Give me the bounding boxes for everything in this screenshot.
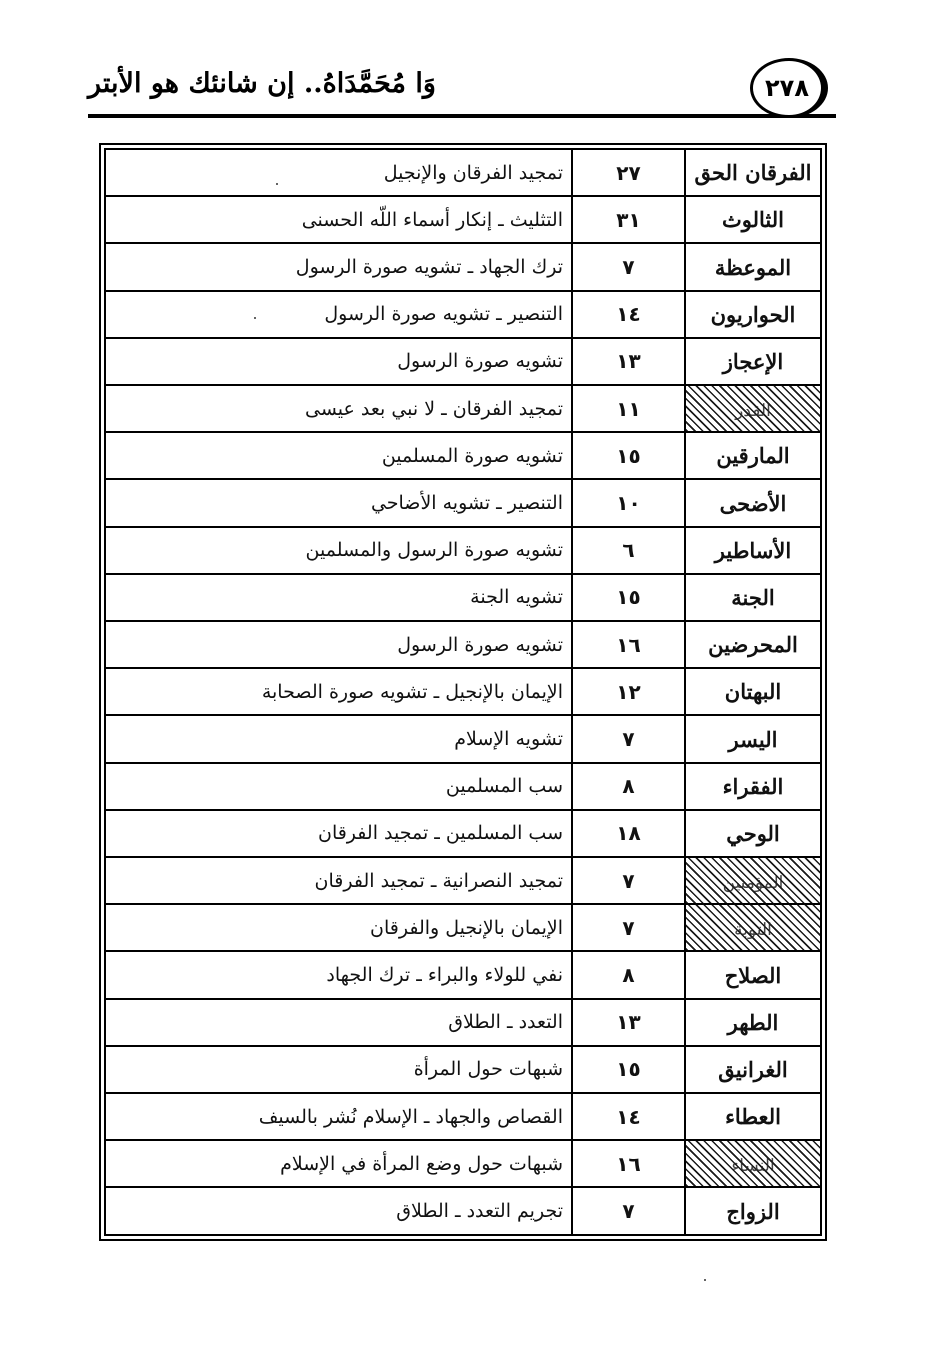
table-row: الإعجاز١٣تشويه صورة الرسول <box>105 338 821 385</box>
table-body: الفرقان الحق٢٧تمجيد الفرقان والإنجيلالثا… <box>105 149 821 1235</box>
verse-count-cell: ٧ <box>572 715 685 762</box>
title-text: اليسر <box>729 727 778 752</box>
verse-count-cell: ١٥ <box>572 432 685 479</box>
table-row: البهتان١٢الإيمان بالإنجيل ـ تشويه صورة ا… <box>105 668 821 715</box>
title-cell: الحواريون <box>685 291 821 338</box>
verse-count-cell: ٧ <box>572 1187 685 1235</box>
topics-cell: تشويه صورة الرسول <box>105 621 572 668</box>
table-row: الأضحى١٠التنصير ـ تشويه الأضاحي <box>105 479 821 526</box>
titles-table: الفرقان الحق٢٧تمجيد الفرقان والإنجيلالثا… <box>104 148 822 1236</box>
title-text: الزواج <box>726 1199 779 1224</box>
topics-cell: تشويه الجنة <box>105 574 572 621</box>
hatched-title-cell: القدر <box>685 385 821 432</box>
title-cell: المحرضين <box>685 621 821 668</box>
page-number-badge: ٢٧٨ <box>750 58 828 118</box>
title-cell: الفرقان الحق <box>685 149 821 196</box>
topics-cell: سب المسلمين ـ تمجيد الفرقان <box>105 810 572 857</box>
verse-count-cell: ٢٧ <box>572 149 685 196</box>
title-cell: الأساطير <box>685 527 821 574</box>
title-text: الغرانيق <box>718 1057 787 1082</box>
table-row: القدر١١تمجيد الفرقان ـ لا نبي بعد عيسى <box>105 385 821 432</box>
title-text: النساء <box>731 1156 774 1176</box>
topics-cell: تشويه صورة الرسول والمسلمين <box>105 527 572 574</box>
hatched-title-cell: النساء <box>685 1140 821 1187</box>
title-text: الجنة <box>731 585 774 610</box>
table-row: الموعظة٧ترك الجهاد ـ تشويه صورة الرسول <box>105 243 821 290</box>
verse-count-cell: ١٦ <box>572 1140 685 1187</box>
scan-speck <box>704 1279 706 1281</box>
verse-count-cell: ١٦ <box>572 621 685 668</box>
table-row: الفرقان الحق٢٧تمجيد الفرقان والإنجيل <box>105 149 821 196</box>
verse-count-cell: ١٢ <box>572 668 685 715</box>
title-cell: المارقين <box>685 432 821 479</box>
table-row: الطهر١٣التعدد ـ الطلاق <box>105 999 821 1046</box>
title-text: الطهر <box>728 1010 779 1035</box>
table-row: التوبة٧الإيمان بالإنجيل والفرقان <box>105 904 821 951</box>
title-text: القدر <box>735 401 771 421</box>
title-cell: الثالوث <box>685 196 821 243</box>
title-text: العطاء <box>725 1104 781 1129</box>
table-row: المارقين١٥تشويه صورة المسلمين <box>105 432 821 479</box>
table-row: المحرضين١٦تشويه صورة الرسول <box>105 621 821 668</box>
title-cell: الموعظة <box>685 243 821 290</box>
title-text: التوبة <box>734 920 772 940</box>
title-text: المحرضين <box>708 632 798 657</box>
verse-count-cell: ٧ <box>572 857 685 904</box>
title-cell: الجنة <box>685 574 821 621</box>
title-text: البهتان <box>725 679 781 704</box>
verse-count-cell: ١٣ <box>572 338 685 385</box>
table-row: الثالوث٣١التثليث ـ إنكار أسماء اللّه الح… <box>105 196 821 243</box>
table-row: الجنة١٥تشويه الجنة <box>105 574 821 621</box>
verse-count-cell: ٨ <box>572 763 685 810</box>
title-text: الثالوث <box>722 207 784 232</box>
verse-count-cell: ٨ <box>572 951 685 998</box>
verse-count-cell: ٧ <box>572 904 685 951</box>
title-cell: الصلاح <box>685 951 821 998</box>
topics-cell: القصاص والجهاد ـ الإسلام نُشر بالسيف <box>105 1093 572 1140</box>
header-rule <box>88 114 836 118</box>
verse-count-cell: ١٨ <box>572 810 685 857</box>
title-text: الفرقان الحق <box>695 160 812 185</box>
topics-cell: التنصير ـ تشويه الأضاحي <box>105 479 572 526</box>
topics-cell: الإيمان بالإنجيل والفرقان <box>105 904 572 951</box>
title-cell: الطهر <box>685 999 821 1046</box>
topics-cell: تشويه الإسلام <box>105 715 572 762</box>
table-row: الحواريون١٤التنصير ـ تشويه صورة الرسول <box>105 291 821 338</box>
topics-cell: التنصير ـ تشويه صورة الرسول <box>105 291 572 338</box>
title-text: الأضحى <box>720 491 787 516</box>
verse-count-cell: ١٤ <box>572 1093 685 1140</box>
table-row: الزواج٧تجريم التعدد ـ الطلاق <box>105 1187 821 1235</box>
verse-count-cell: ٦ <box>572 527 685 574</box>
title-text: الوحي <box>726 821 780 846</box>
verse-count-cell: ٧ <box>572 243 685 290</box>
title-cell: الغرانيق <box>685 1046 821 1093</box>
title-text: الأساطير <box>715 538 791 563</box>
table-row: الوحي١٨سب المسلمين ـ تمجيد الفرقان <box>105 810 821 857</box>
table-row: الأساطير٦تشويه صورة الرسول والمسلمين <box>105 527 821 574</box>
topics-cell: تشويه صورة الرسول <box>105 338 572 385</box>
table-row: اليسر٧تشويه الإسلام <box>105 715 821 762</box>
title-text: المارقين <box>716 443 789 468</box>
title-text: الموعظة <box>715 255 791 280</box>
title-text: المؤمنين <box>723 873 784 893</box>
table-row: النساء١٦شبهات حول وضع المرأة في الإسلام <box>105 1140 821 1187</box>
title-cell: الوحي <box>685 810 821 857</box>
verse-count-cell: ١٥ <box>572 1046 685 1093</box>
table-row: الفقراء٨سب المسلمين <box>105 763 821 810</box>
topics-cell: تمجيد النصرانية ـ تمجيد الفرقان <box>105 857 572 904</box>
topics-cell: الإيمان بالإنجيل ـ تشويه صورة الصحابة <box>105 668 572 715</box>
page-header: وَا مُحَمَّدَاهُ.. إن شانئك هو الأبتر ٢٧… <box>88 58 836 120</box>
title-text: الإعجاز <box>723 349 783 374</box>
title-cell: الفقراء <box>685 763 821 810</box>
title-cell: الزواج <box>685 1187 821 1235</box>
table-row: الصلاح٨نفي للولاء والبراء ـ ترك الجهاد <box>105 951 821 998</box>
topics-cell: التثليث ـ إنكار أسماء اللّه الحسنى <box>105 196 572 243</box>
title-cell: العطاء <box>685 1093 821 1140</box>
title-text: الصلاح <box>725 963 782 988</box>
verse-count-cell: ١٣ <box>572 999 685 1046</box>
title-text: الحواريون <box>711 302 796 327</box>
verse-count-cell: ١٥ <box>572 574 685 621</box>
table-row: الغرانيق١٥شبهات حول المرأة <box>105 1046 821 1093</box>
table-row: العطاء١٤القصاص والجهاد ـ الإسلام نُشر با… <box>105 1093 821 1140</box>
topics-cell: تمجيد الفرقان ـ لا نبي بعد عيسى <box>105 385 572 432</box>
table-frame: الفرقان الحق٢٧تمجيد الفرقان والإنجيلالثا… <box>99 143 827 1241</box>
title-cell: الإعجاز <box>685 338 821 385</box>
title-text: الفقراء <box>723 774 784 799</box>
scan-speck <box>254 317 256 319</box>
title-cell: اليسر <box>685 715 821 762</box>
page-number: ٢٧٨ <box>765 74 809 102</box>
hatched-title-cell: المؤمنين <box>685 857 821 904</box>
topics-cell: ترك الجهاد ـ تشويه صورة الرسول <box>105 243 572 290</box>
table-row: المؤمنين٧تمجيد النصرانية ـ تمجيد الفرقان <box>105 857 821 904</box>
running-title: وَا مُحَمَّدَاهُ.. إن شانئك هو الأبتر <box>88 66 436 102</box>
topics-cell: تمجيد الفرقان والإنجيل <box>105 149 572 196</box>
topics-cell: شبهات حول وضع المرأة في الإسلام <box>105 1140 572 1187</box>
topics-cell: نفي للولاء والبراء ـ ترك الجهاد <box>105 951 572 998</box>
verse-count-cell: ١٤ <box>572 291 685 338</box>
title-cell: الأضحى <box>685 479 821 526</box>
topics-cell: التعدد ـ الطلاق <box>105 999 572 1046</box>
topics-cell: سب المسلمين <box>105 763 572 810</box>
scan-speck <box>276 183 278 185</box>
verse-count-cell: ٣١ <box>572 196 685 243</box>
hatched-title-cell: التوبة <box>685 904 821 951</box>
topics-cell: تشويه صورة المسلمين <box>105 432 572 479</box>
topics-cell: شبهات حول المرأة <box>105 1046 572 1093</box>
title-cell: البهتان <box>685 668 821 715</box>
verse-count-cell: ١٠ <box>572 479 685 526</box>
verse-count-cell: ١١ <box>572 385 685 432</box>
topics-cell: تجريم التعدد ـ الطلاق <box>105 1187 572 1235</box>
